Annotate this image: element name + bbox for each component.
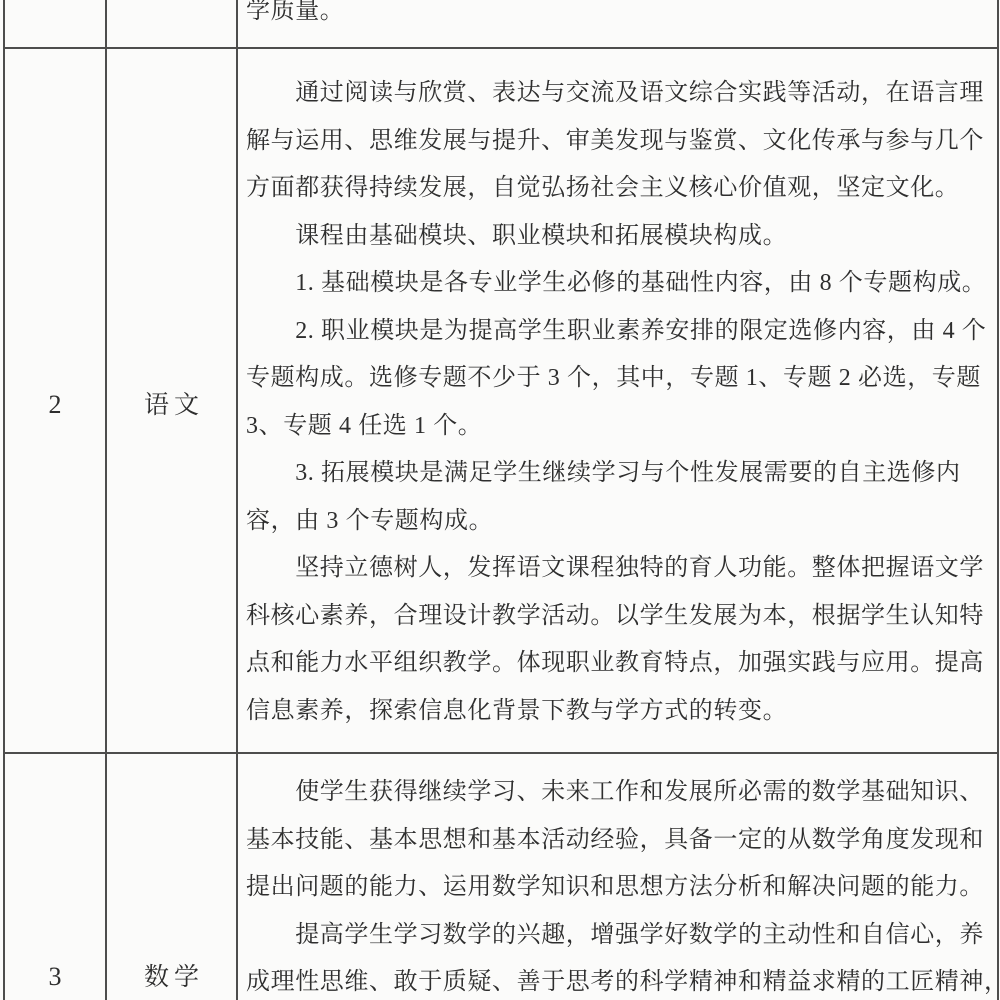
description-cell-row2: 通过阅读与欣赏、表达与交流及语文综合实践等活动，在语言理解与运用、思维发展与提升… — [246, 70, 990, 735]
table-border-right — [997, 0, 999, 1000]
text-line: 课程由基础模块、职业模块和拓展模块构成。 — [246, 213, 990, 261]
document-table: 学质量。 2 语文 通过阅读与欣赏、表达与交流及语文综合实践等活动，在语言理解与… — [0, 0, 1000, 1000]
table-border-col1 — [105, 0, 107, 1000]
table-row-divider-2 — [3, 752, 999, 754]
text-line: 1. 基础模块是各专业学生必修的基础性内容，由 8 个专题构成。 — [246, 260, 990, 308]
text-line: 点和能力水平组织教学。体现职业教育特点，加强实践与应用。提高 — [246, 640, 990, 688]
subject-cell: 数学 — [107, 958, 236, 998]
text-line: 提出问题的能力、运用数学知识和思想方法分析和解决问题的能力。 — [246, 864, 990, 912]
text-line: 2. 职业模块是为提高学生职业素养安排的限定选修内容，由 4 个 — [246, 308, 990, 356]
text-line: 使学生获得继续学习、未来工作和发展所必需的数学基础知识、 — [246, 769, 990, 817]
text-line: 学质量。 — [246, 0, 990, 36]
text-line: 容，由 3 个专题构成。 — [246, 498, 990, 546]
text-line: 基本技能、基本思想和基本活动经验，具备一定的从数学角度发现和 — [246, 817, 990, 865]
text-line: 科核心素养，合理设计教学活动。以学生发展为本，根据学生认知特 — [246, 593, 990, 641]
text-line: 通过阅读与欣赏、表达与交流及语文综合实践等活动，在语言理 — [246, 70, 990, 118]
row-number-cell: 2 — [5, 385, 105, 425]
row-number-cell: 3 — [5, 957, 105, 997]
description-cell-row1: 学质量。 — [246, 0, 990, 36]
subject-cell: 语文 — [107, 386, 236, 426]
text-line: 专题构成。选修专题不少于 3 个，其中，专题 1、专题 2 必选，专题 — [246, 355, 990, 403]
text-line: 3. 拓展模块是满足学生继续学习与个性发展需要的自主选修内 — [246, 450, 990, 498]
text-line: 提高学生学习数学的兴趣，增强学好数学的主动性和自信心，养 — [246, 912, 990, 960]
text-line: 成理性思维、敢于质疑、善于思考的科学精神和精益求精的工匠精神， — [246, 959, 990, 1000]
description-cell-row3: 使学生获得继续学习、未来工作和发展所必需的数学基础知识、基本技能、基本思想和基本… — [246, 769, 990, 1000]
text-line: 方面都获得持续发展，自觉弘扬社会主义核心价值观，坚定文化。 — [246, 165, 990, 213]
text-line: 坚持立德树人，发挥语文课程独特的育人功能。整体把握语文学 — [246, 545, 990, 593]
table-border-col2 — [236, 0, 238, 1000]
text-line: 信息素养，探索信息化背景下教与学方式的转变。 — [246, 688, 990, 736]
text-line: 3、专题 4 任选 1 个。 — [246, 403, 990, 451]
table-row-divider-1 — [3, 47, 999, 49]
table-border-left — [3, 0, 5, 1000]
text-line: 解与运用、思维发展与提升、审美发现与鉴赏、文化传承与参与几个 — [246, 118, 990, 166]
